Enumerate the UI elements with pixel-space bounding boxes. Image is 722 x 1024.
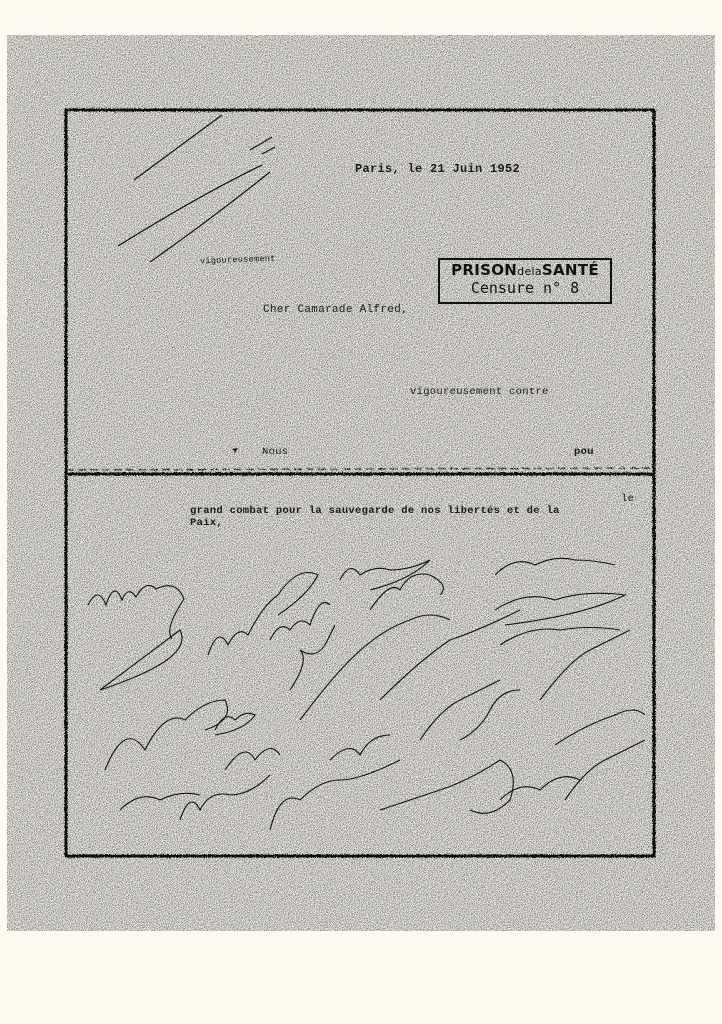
closing-line-2: Paix, <box>190 517 560 529</box>
fragment-4: le <box>621 493 634 505</box>
greeting: Cher Camarade Alfred, <box>263 304 408 316</box>
fragment-3: pou <box>574 446 594 458</box>
date-line: Paris, le 21 Juin 1952 <box>355 162 520 176</box>
stamp-dela: dela <box>517 265 542 278</box>
letter-sheet <box>65 108 655 858</box>
censorship-stamp: PRISONdelaSANTÉ Censure n° 8 <box>438 258 612 304</box>
stamp-line-2: Censure n° 8 <box>440 280 610 297</box>
closing-text: grand combat pour la sauvegarde de nos l… <box>190 505 560 529</box>
stamp-line-1: PRISONdelaSANTÉ <box>440 262 610 280</box>
closing-line-1: grand combat pour la sauvegarde de nos l… <box>190 505 560 517</box>
stamp-sante: SANTÉ <box>542 261 599 279</box>
fragment-1: vigoureusement contre <box>410 386 549 398</box>
stamp-prison: PRISON <box>451 261 517 279</box>
fragment-2: Nous <box>262 446 288 458</box>
